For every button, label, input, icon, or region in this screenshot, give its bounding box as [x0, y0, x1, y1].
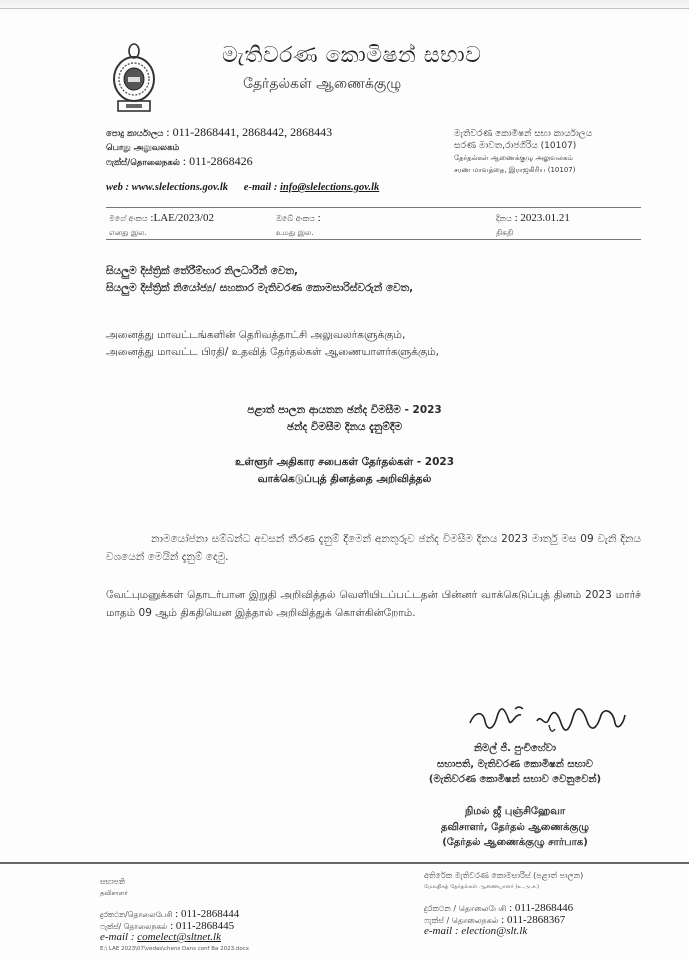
office-name-tamil: தேர்தல்கள் ஆணைக்குழு அலுவலகம் — [454, 152, 592, 164]
top-edge-line — [0, 8, 689, 9]
my-reference: මගේ අංකය :LAE/2023/02 எனது இல. — [109, 211, 214, 240]
signatory-title: தவிசாளர், தேர்தல் ஆணைக்குழு — [380, 820, 650, 836]
office-address-tamil: சரண மாவத்தை, இராஜகிரிய (10107) — [454, 164, 592, 176]
footer-fax-label: ෆැක්ස් / தொலைநகல் — [424, 916, 498, 925]
subject-line: வாக்கெடுப்புத் தினத்தை அறிவித்தல் — [0, 471, 689, 488]
footer-title-tamil: மேலதிகத் தேர்தல்கள் ஆணையாளர் (உ.அ.ச.) — [424, 882, 583, 894]
addressees-tamil: அனைத்து மாவட்டங்களின் தெரிவத்தாட்சி அலுவ… — [106, 327, 439, 361]
my-ref-label: මගේ අංකය — [109, 214, 148, 223]
office-name-sinhala: මැතිවරණ කොමිෂන් සභා කාර්යාලය — [454, 128, 592, 140]
file-reference: E:\ LAE 2023\07\vedas\chens Dans conf Ba… — [100, 944, 249, 956]
subject-sinhala: පළාත් පාලන ආයතන ඡන්ද විමසීම - 2023 ඡන්ද … — [0, 402, 689, 436]
signatory-capacity: (මැතිවරණ කොමිෂන් සභාව වෙනුවෙන්) — [380, 772, 650, 788]
footer-phone-label: දුරකථන/தொலைபேசி — [100, 910, 172, 919]
subject-line: ඡන්ද විමසීම දිනය දැනුම්දීම — [0, 419, 689, 436]
signatory-name: நிமல் ஜீ புஞ்சிஹேவா — [380, 804, 650, 820]
office-address-sinhala: සරණ මාවත,රාජගිරිය (10107) — [454, 140, 592, 152]
addressee-line: සියලුම දිස්ත්‍රික් තේරීම්භාර නිලධාරීන් ව… — [106, 263, 413, 280]
subject-line: உள்ளூர் அதிகார சபைகள் தேர்தல்கள் - 2023 — [0, 454, 689, 471]
your-ref-value: : — [318, 212, 321, 224]
contact-right: මැතිවරණ කොමිෂන් සභා කාර්යාලය සරණ මාවත,රා… — [454, 128, 592, 176]
footer-chairman-contact: සභාපති தவிசாளர் දුරකථන/தொலைபேசி : 011-28… — [100, 876, 249, 955]
signatory-tamil: நிமல் ஜீ புஞ்சிஹேவா தவிசாளர், தேர்தல் ஆண… — [380, 804, 650, 851]
addressee-line: அனைத்து மாவட்ட பிரதி/ உதவித் தேர்தல்கள் … — [106, 344, 439, 361]
footer-email-label: e-mail : — [100, 931, 135, 943]
addressees-sinhala: සියලුම දිස්ත්‍රික් තේරීම්භාර නිලධාරීන් ව… — [106, 263, 413, 297]
footer-fax-value: : 011-2868445 — [170, 920, 234, 932]
footer-email-link[interactable]: election@slt.lk — [461, 925, 527, 937]
footer-title-sinhala: අතිරේක මැතිවරණ කොමසාරිස් (පළාත් පාලන) — [424, 870, 583, 882]
footer-commissioner-contact: අතිරේක මැතිවරණ කොමසාරිස් (පළාත් පාලන) மே… — [424, 870, 583, 938]
web-link[interactable]: www.slelections.gov.lk — [132, 182, 228, 193]
my-ref-value: :LAE/2023/02 — [150, 212, 214, 224]
your-ref-label-tamil: உமது இல. — [276, 226, 321, 240]
web-email-line: web : www.slelections.gov.lk e-mail : in… — [106, 182, 379, 193]
subject-tamil: உள்ளூர் அதிகார சபைகள் தேர்தல்கள் - 2023 … — [0, 454, 689, 488]
signature-icon — [465, 703, 630, 737]
email-link[interactable]: info@slelections.gov.lk — [280, 182, 379, 193]
email-label: e-mail : — [244, 182, 278, 193]
web-label: web : — [106, 182, 129, 193]
footer-divider — [0, 862, 689, 864]
your-reference: ඔබේ අංකය : உமது இல. — [276, 211, 321, 240]
footer-title-tamil: தவிசாளர் — [100, 888, 249, 900]
footer-phone-value: : 011-2868446 — [509, 902, 573, 914]
fax-value: : 011-2868426 — [183, 154, 253, 168]
footer-title-sinhala: සභාපති — [100, 876, 249, 888]
commission-title-tamil: தேர்தல்கள் ஆணைக்குழு — [243, 76, 401, 94]
footer-fax-label: ෆැක්ස්/ தொலைநகல் — [100, 922, 167, 931]
fax-label: ෆැක්ස්/தொலைநகல் — [106, 158, 180, 168]
body-paragraph-tamil: வேட்புமனுக்கள் தொடர்பான இறுதி அறிவித்தல்… — [106, 586, 641, 622]
reference-bar: මගේ අංකය :LAE/2023/02 எனது இல. ඔබේ අංකය … — [106, 207, 641, 240]
addressee-line: සියලුම දිස්ත්‍රික් නියෝජ්‍ය/ සහකාර මැතිව… — [106, 280, 413, 297]
footer-email-label: e-mail : — [424, 925, 459, 937]
footer-phone-value: : 011-2868444 — [175, 908, 239, 920]
general-office-phones: : 011-2868441, 2868442, 2868443 — [166, 125, 332, 139]
national-emblem-icon — [112, 41, 156, 115]
general-office-label-tamil: பொது அலுவலகம் — [106, 143, 179, 153]
subject-line: පළාත් පාලන ආයතන ඡන්ද විමසීම - 2023 — [0, 402, 689, 419]
general-office-label: පොදු කාර්යාලය — [106, 129, 163, 139]
date-value: : 2023.01.21 — [515, 212, 570, 224]
date-reference: දිනය : 2023.01.21 திகதி — [496, 211, 570, 240]
top-shade — [0, 0, 689, 14]
signatory-title: සභාපති, මැතිවරණ කොමිෂන් සභාව — [380, 757, 650, 773]
contact-left: පොදු කාර්යාලය : 011-2868441, 2868442, 28… — [106, 126, 332, 170]
footer-fax-value: : 011-2868367 — [501, 914, 565, 926]
body-paragraph-sinhala: නාමයෝජනා සම්බන්ධ අවසන් තීරණ දැනුම් දීමෙන… — [106, 530, 641, 566]
signatory-sinhala: නිමල් ජී. පුංචිහේවා සභාපති, මැතිවරණ කොමි… — [380, 741, 650, 788]
signatory-name: නිමල් ජී. පුංචිහේවා — [380, 741, 650, 757]
addressee-line: அனைத்து மாவட்டங்களின் தெரிவத்தாட்சி அலுவ… — [106, 327, 439, 344]
signatory-capacity: (தேர்தல் ஆணைக்குழு சார்பாக) — [380, 835, 650, 851]
your-ref-label: ඔබේ අංකය — [276, 214, 315, 223]
date-label: දිනය — [496, 214, 512, 223]
date-label-tamil: திகதி — [496, 226, 570, 240]
footer-email-link[interactable]: comelect@sltnet.lk — [137, 931, 221, 943]
my-ref-label-tamil: எனது இல. — [109, 226, 214, 240]
footer-phone-label: දුරකථන / தொலைபேசி — [424, 904, 506, 913]
commission-title-sinhala: මැතිවරණ කොමිෂන් සභාව — [222, 43, 481, 68]
